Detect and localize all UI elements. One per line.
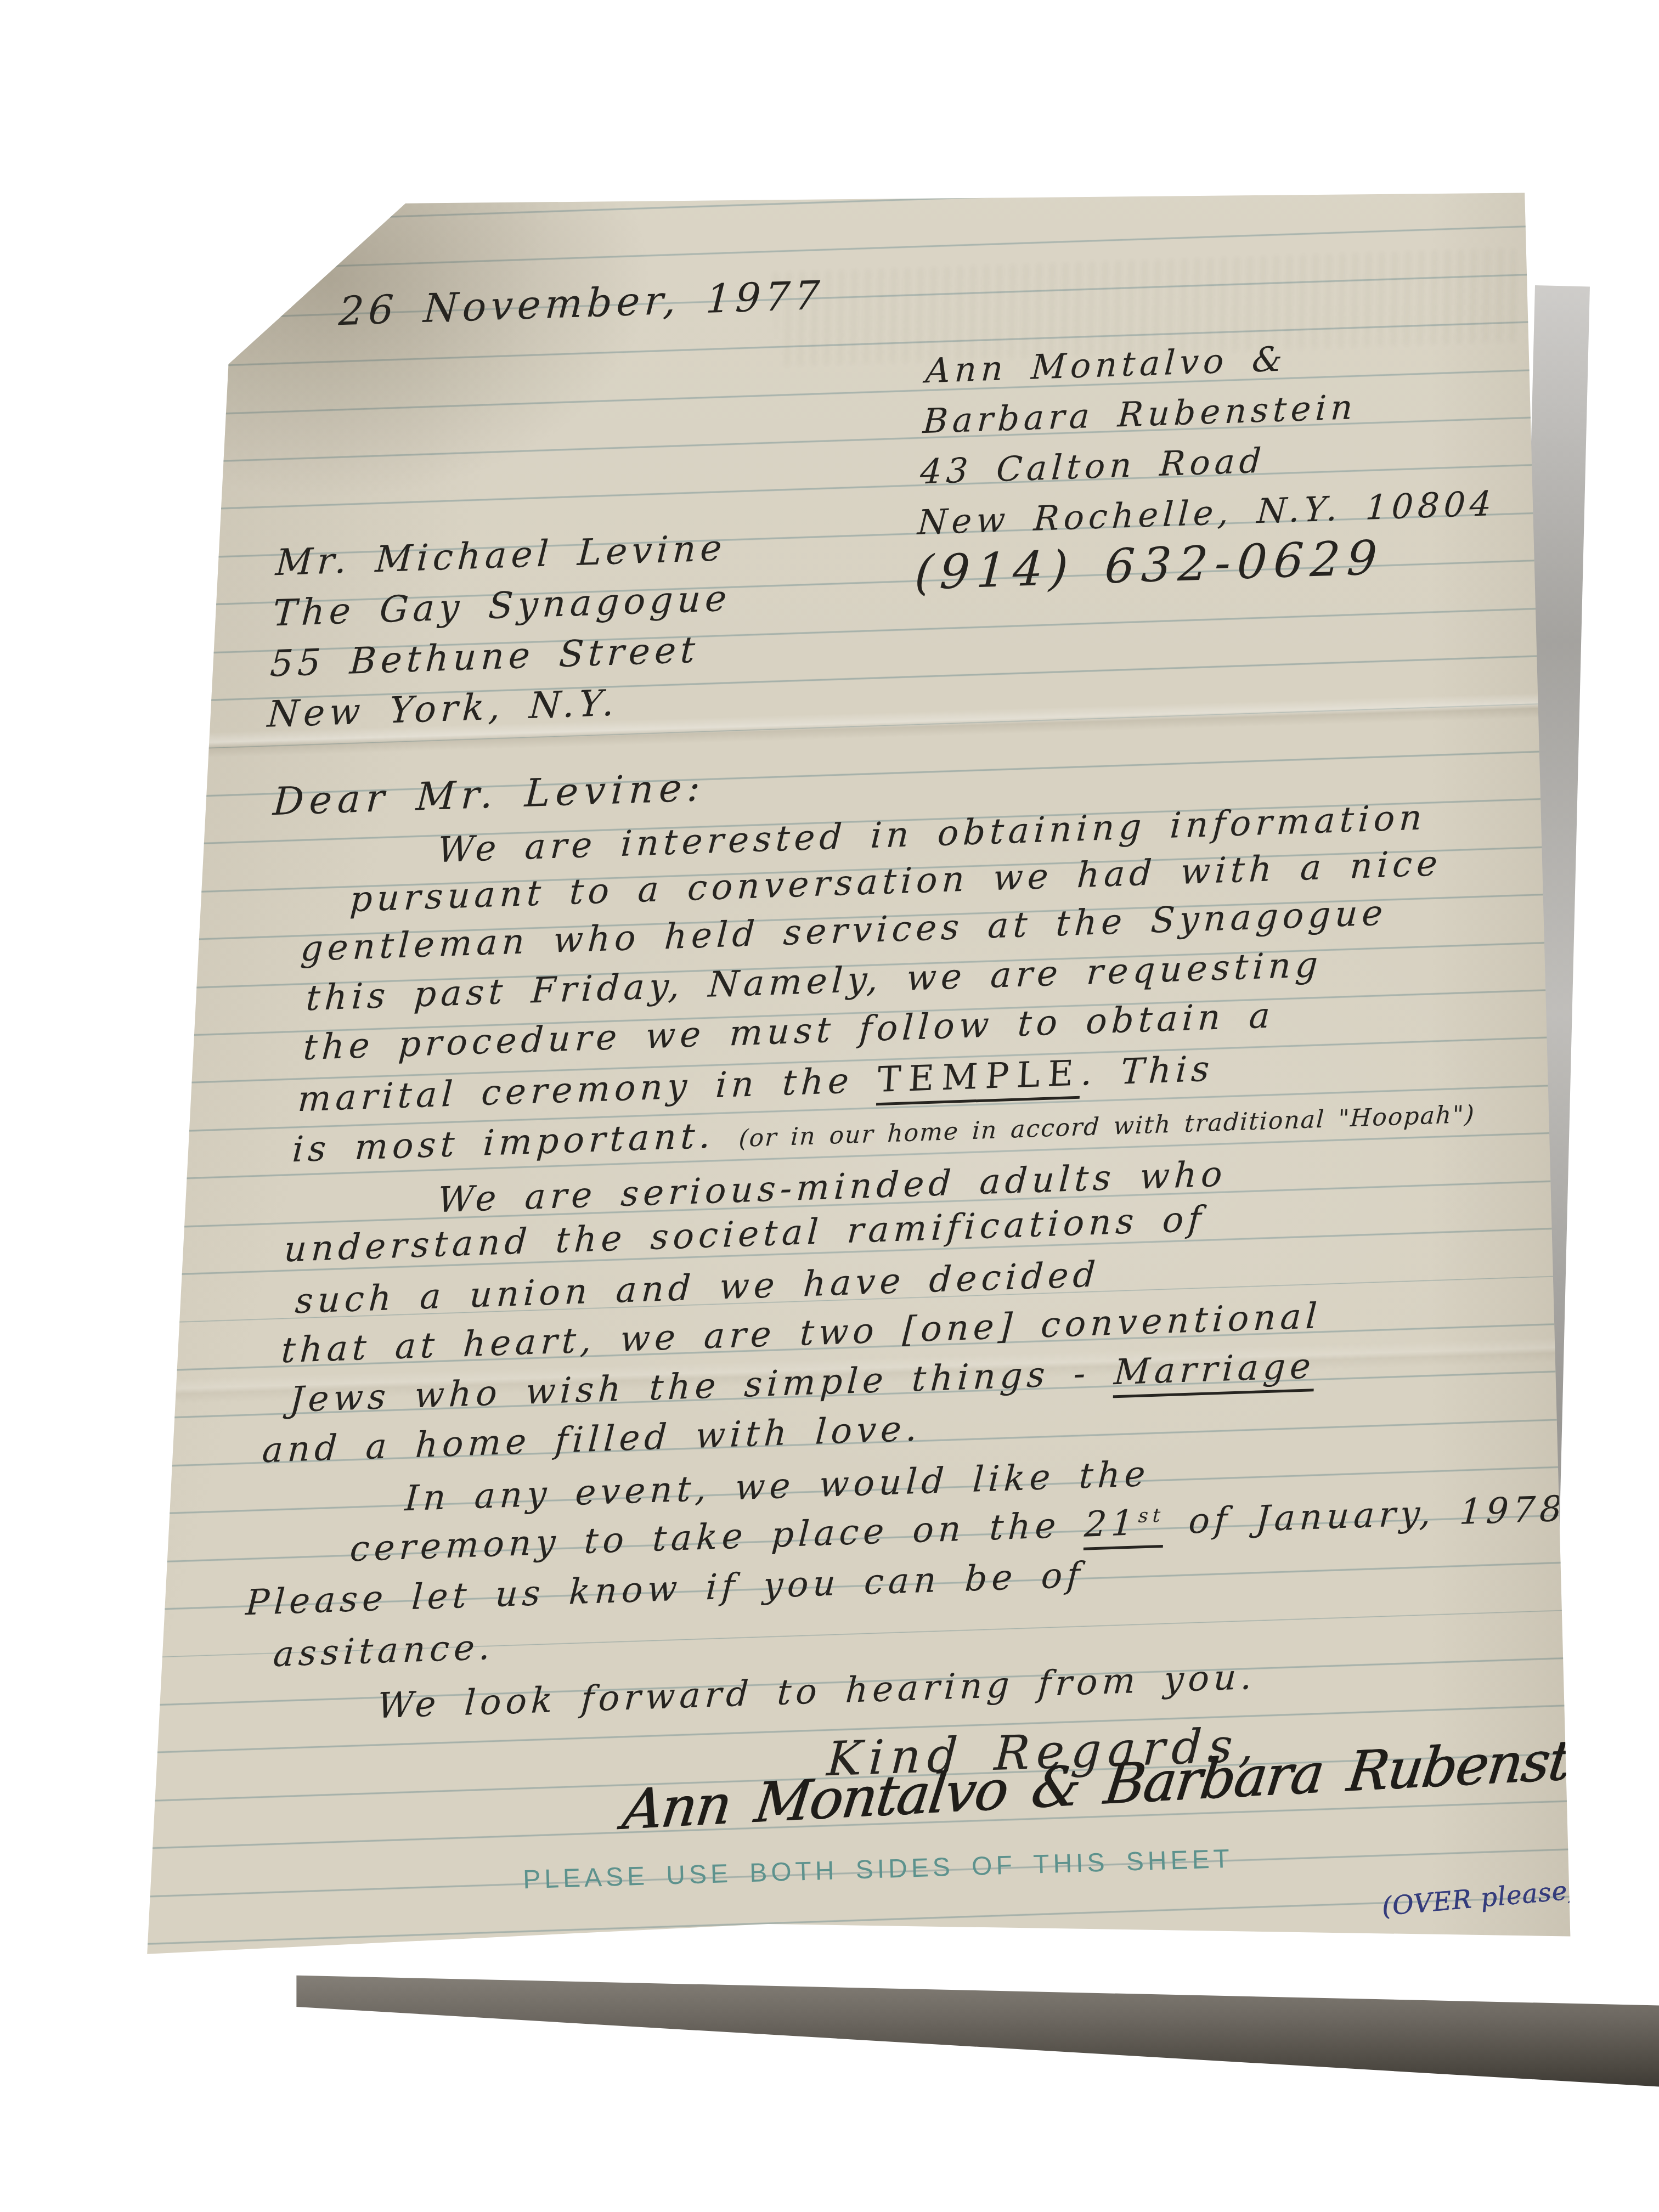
body-line-17: assitance. — [272, 1627, 495, 1675]
ordinal-suffix: st — [1138, 1504, 1165, 1527]
body-line-6-post: . This — [1080, 1049, 1215, 1094]
letter-paper: 26 November, 1977 Ann Montalvo & Barbara… — [144, 189, 1572, 1956]
table-edge-shadow — [274, 1964, 1659, 2107]
marriage-underlined: Marriage — [1113, 1346, 1316, 1398]
temple-underlined: TEMPLE — [876, 1053, 1082, 1106]
photo-of-letter: 26 November, 1977 Ann Montalvo & Barbara… — [0, 0, 1659, 2212]
day-number: 21 — [1084, 1503, 1139, 1545]
date-21st-underlined: 21st — [1083, 1502, 1165, 1550]
sender-address-block: Ann Montalvo & Barbara Rubenstein 43 Cal… — [913, 326, 1505, 599]
recipient-address-block: Mr. Michael Levine The Gay Synagogue 55 … — [266, 522, 735, 740]
